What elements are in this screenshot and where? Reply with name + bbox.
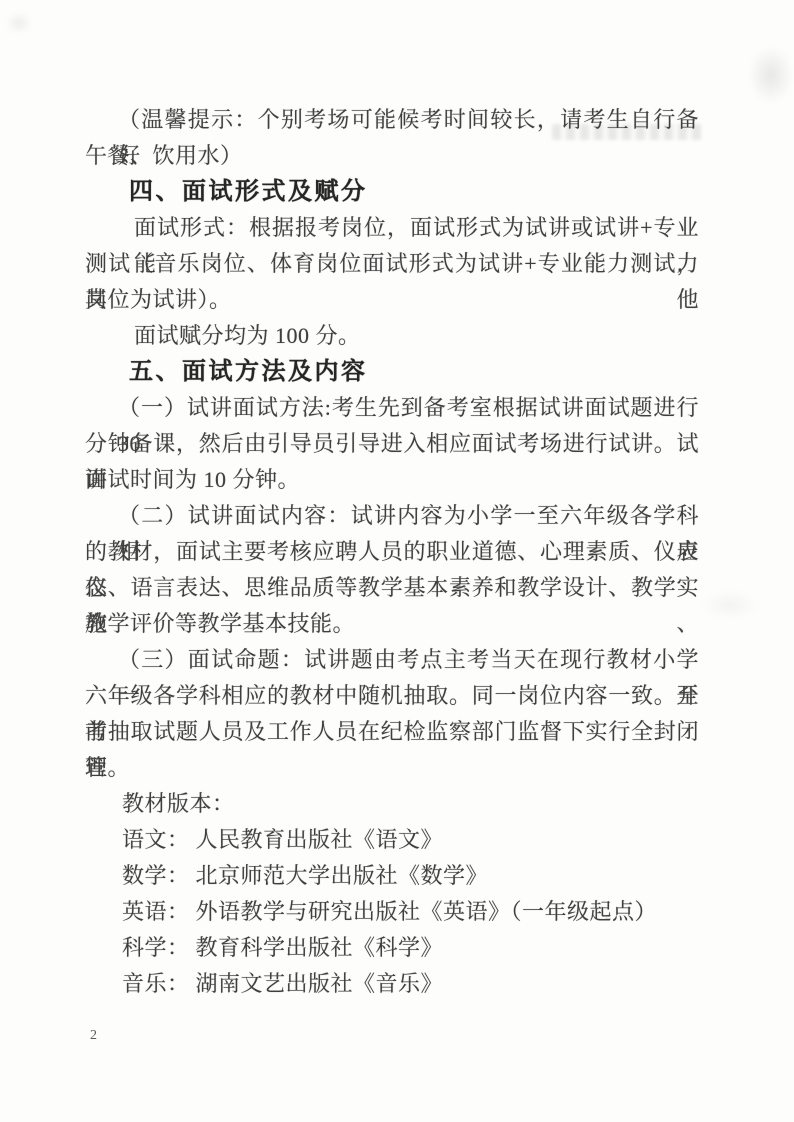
text-line: （一）试讲面试方法:考生先到备考室根据试讲面试题进行 30 [85,390,699,426]
text-line: 面试形式：根据报考岗位，面试形式为试讲或试讲+专业能力 [85,210,699,246]
scan-smudge-artifact [700,590,760,620]
document-page: （温馨提示：个别考场可能候考时间较长，请考生自行备好午餐、饮用水）四、面试形式及… [0,0,794,1122]
text-line: 的教材，面试主要考核应聘人员的职业道德、心理素质、仪表仪 [85,534,699,570]
text-line: 态、语言表达、思维品质等教学基本素养和教学设计、教学实施、 [85,570,699,606]
text-line: （二）试讲面试内容：试讲内容为小学一至六年级各学科相应 [85,498,699,534]
text-line: 午餐、饮用水） [85,138,699,174]
text-line: 六年级各学科相应的教材中随机抽取。同一岗位内容一致。开考 [85,678,699,714]
text-line: 数学： 北京师范大学出版社《数学》 [85,858,699,894]
scan-smudge-artifact [748,46,794,104]
text-line: （三）面试命题：试讲题由考点主考当天在现行教材小学一至 [85,642,699,678]
page-number: 2 [90,1028,97,1044]
text-line: 前抽取试题人员及工作人员在纪检监察部门监督下实行全封闭管 [85,714,699,750]
text-line: 测试（音乐岗位、体育岗位面试形式为试讲+专业能力测试，其他 [85,246,699,282]
text-line: 面试时间为 10 分钟。 [85,462,699,498]
text-line: 教材版本： [85,786,699,822]
text-line: 科学： 教育科学出版社《科学》 [85,930,699,966]
text-line: 面试赋分均为 100 分。 [85,318,699,354]
text-line: 分钟备课，然后由引导员引导进入相应面试考场进行试讲。试讲 [85,426,699,462]
text-line: 语文： 人民教育出版社《语文》 [85,822,699,858]
text-line: 英语： 外语教学与研究出版社《英语》（一年级起点） [85,894,699,930]
text-line: 理。 [85,750,699,786]
text-line: 音乐： 湖南文艺出版社《音乐》 [85,966,699,1002]
scan-smudge-artifact [6,12,32,34]
text-line: （温馨提示：个别考场可能候考时间较长，请考生自行备好 [85,102,699,138]
text-block: （温馨提示：个别考场可能候考时间较长，请考生自行备好午餐、饮用水）四、面试形式及… [85,102,699,1002]
section-heading: 五、面试方法及内容 [85,354,699,390]
section-heading: 四、面试形式及赋分 [85,174,699,210]
